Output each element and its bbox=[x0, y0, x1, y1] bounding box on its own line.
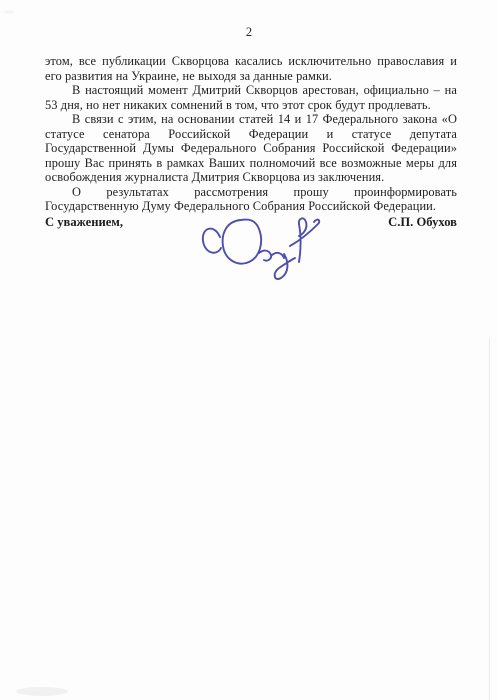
paragraph-arrest-status: В настоящий момент Дмитрий Скворцов арес… bbox=[45, 83, 457, 112]
signer-name: С.П. Обухов bbox=[388, 215, 457, 230]
scan-artifact-edge-line bbox=[489, 338, 490, 700]
paragraph-inform-duma: О результатах рассмотрения прошу проинфо… bbox=[45, 185, 457, 214]
paragraph-legal-request: В связи с этим, на основании статей 14 и… bbox=[45, 112, 457, 185]
signoff-row: С уважением, С.П. Обухов bbox=[45, 215, 457, 230]
letter-body: этом, все публикации Скворцова касались … bbox=[45, 54, 457, 214]
paragraph-continuation: этом, все публикации Скворцова касались … bbox=[45, 54, 457, 83]
closing-salutation: С уважением, bbox=[45, 215, 123, 230]
page-number: 2 bbox=[0, 25, 498, 40]
letter-page: 2 этом, все публикации Скворцова касалис… bbox=[0, 0, 498, 700]
scan-artifact-smudge bbox=[16, 687, 68, 696]
scan-artifact-smudge bbox=[4, 10, 14, 14]
